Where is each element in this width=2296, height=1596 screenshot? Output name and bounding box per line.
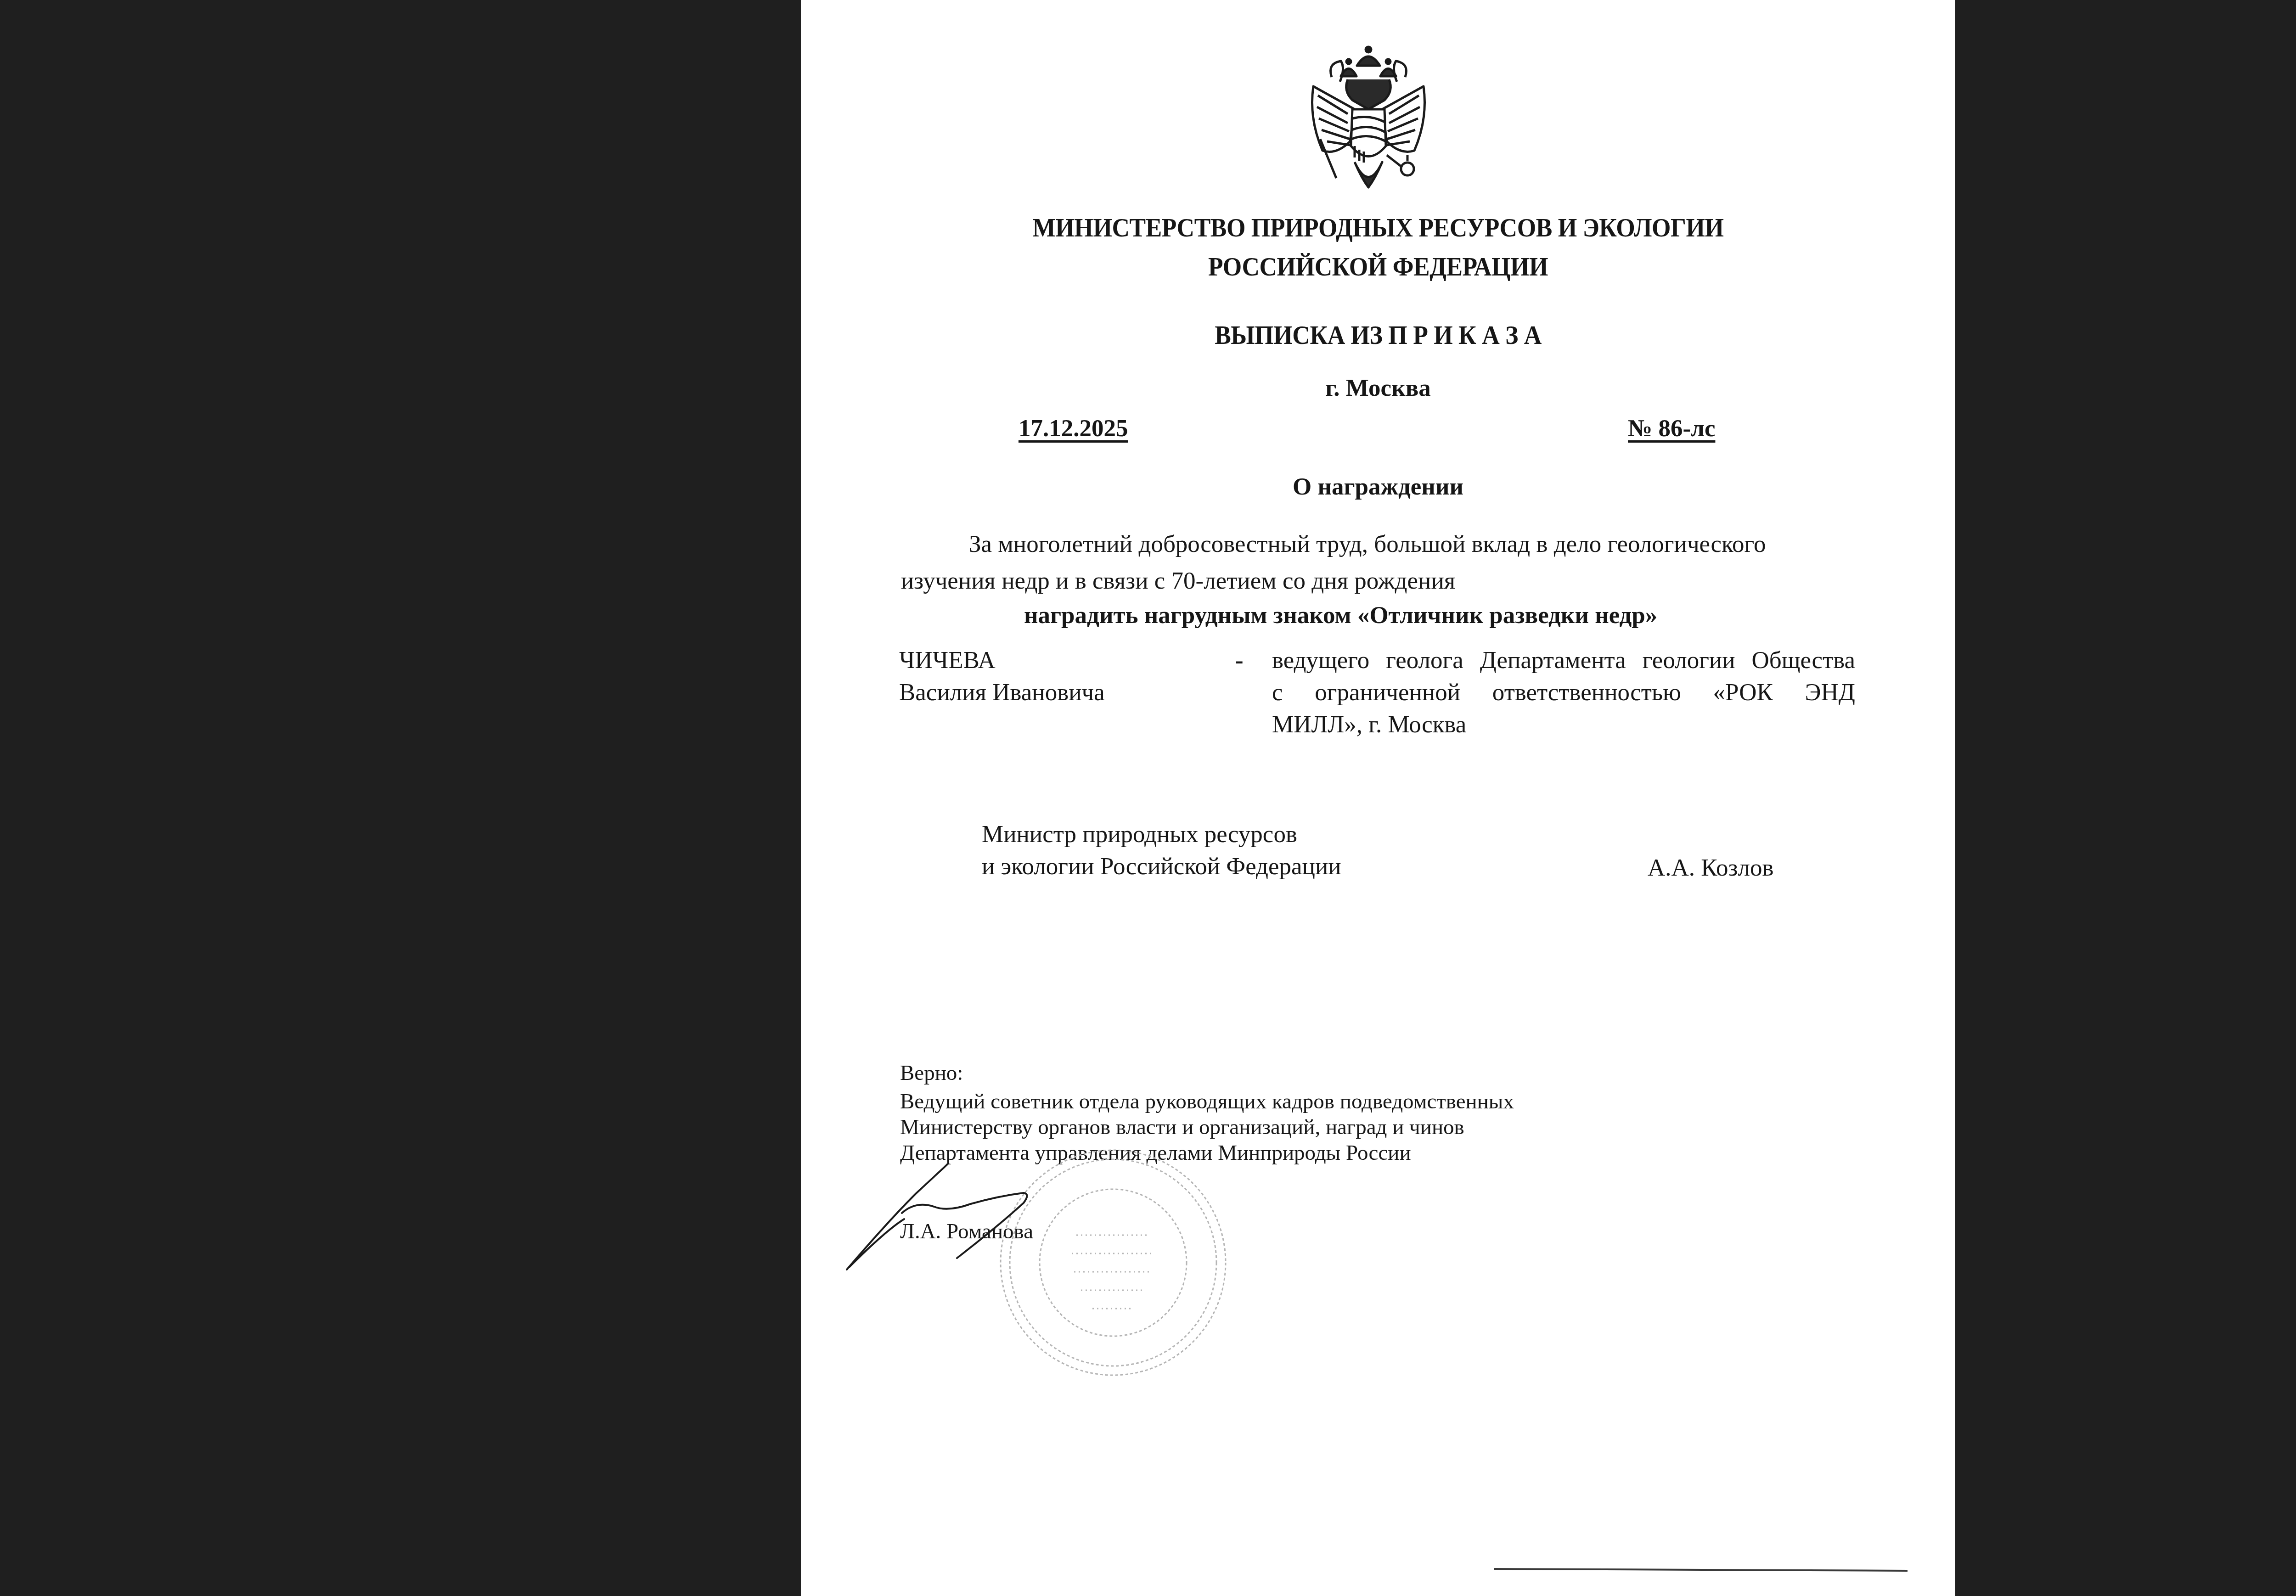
word: ЭНД — [1805, 679, 1855, 706]
awardee-surname: ЧИЧЕВА — [899, 646, 996, 674]
word: «РОК — [1713, 679, 1773, 706]
award-dash: - — [1235, 646, 1244, 674]
handwritten-signature-icon — [842, 1162, 1090, 1272]
word: ответственностью — [1492, 679, 1681, 706]
signatory-title-line1: Министр природных ресурсов — [982, 820, 1297, 848]
body-line-1: За многолетний добросовестный труд, боль… — [969, 530, 1766, 558]
word: геолога — [1386, 646, 1463, 674]
bottom-rule — [1494, 1568, 1908, 1572]
signatory-name: А.А. Козлов — [1648, 854, 1773, 882]
word: ведущего — [1272, 646, 1369, 674]
word: Общества — [1752, 646, 1855, 674]
signatory-title-line2: и экологии Российской Федерации — [982, 853, 1341, 880]
document-title: ВЫПИСКА ИЗ П Р И К А З А — [847, 320, 1909, 350]
awardee-position-line-2: с ограниченной ответственностью «РОК ЭНД — [1272, 679, 1855, 706]
order-subject: О награждении — [801, 473, 1955, 500]
word: геологии — [1643, 646, 1735, 674]
awardee-position-line-1: ведущего геолога Департамента геологии О… — [1272, 646, 1855, 674]
awardee-given-names: Василия Ивановича — [899, 679, 1105, 706]
certification-label: Верно: — [900, 1061, 963, 1085]
ministry-name-line2: РОССИЙСКОЙ ФЕДЕРАЦИИ — [847, 251, 1909, 282]
word: ограниченной — [1315, 679, 1460, 706]
word: с — [1272, 679, 1283, 706]
city: г. Москва — [801, 374, 1955, 402]
awardee-position-line-3: МИЛЛ», г. Москва — [1272, 711, 1466, 738]
order-number: № 86-лс — [1628, 415, 1715, 442]
ministry-name-line1: МИНИСТЕРСТВО ПРИРОДНЫХ РЕСУРСОВ И ЭКОЛОГ… — [847, 212, 1909, 243]
certification-line-2: Министерству органов власти и организаци… — [900, 1115, 1464, 1140]
word: Департамента — [1480, 646, 1626, 674]
body-line-2: изучения недр и в связи с 70-летием со д… — [901, 567, 1455, 595]
document-page: МИНИСТЕРСТВО ПРИРОДНЫХ РЕСУРСОВ И ЭКОЛОГ… — [801, 0, 1955, 1596]
certification-line-1: Ведущий советник отдела руководящих кадр… — [900, 1089, 1514, 1114]
order-date: 17.12.2025 — [1019, 415, 1128, 442]
award-decision: наградить нагрудным знаком «Отличник раз… — [1024, 601, 1657, 629]
eagle-emblem-icon — [1304, 40, 1433, 192]
